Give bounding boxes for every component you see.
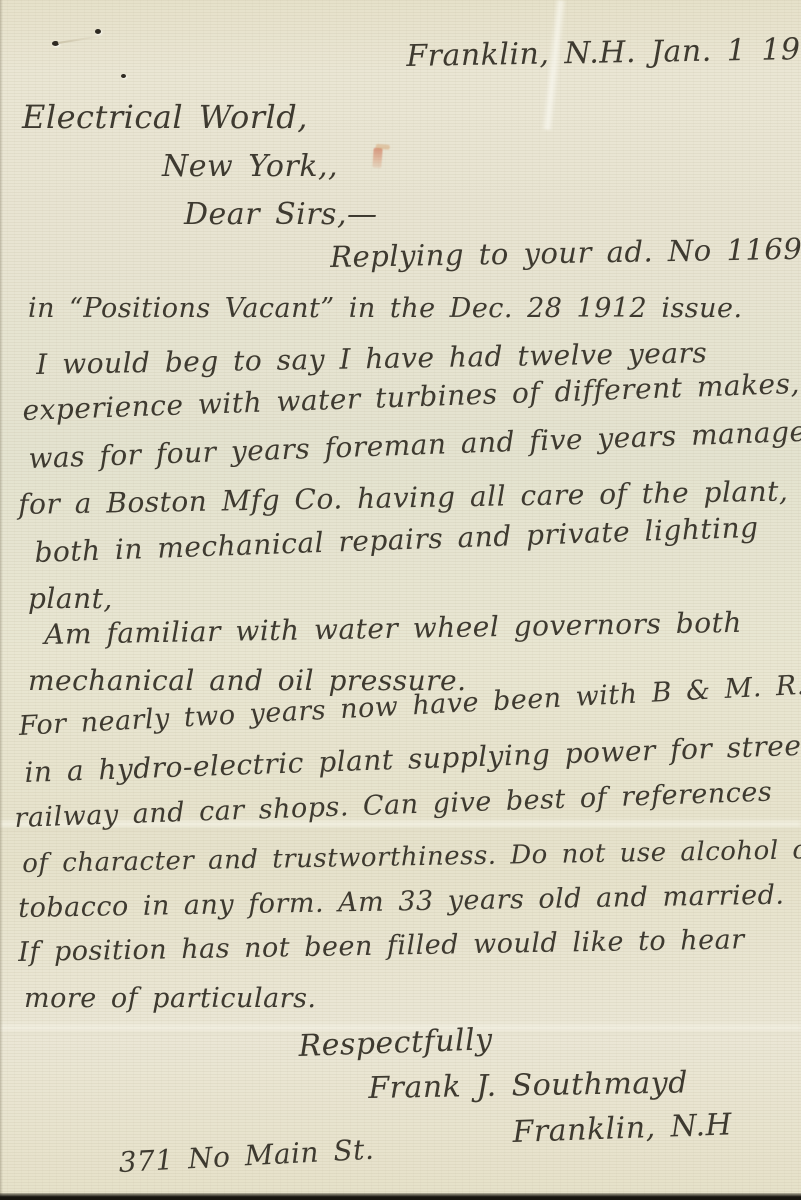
scratch-mark [58, 35, 100, 44]
signature-place: Franklin, N.H [512, 1108, 733, 1149]
body-line: plant, [28, 584, 113, 615]
body-line: Am familiar with water wheel governors b… [44, 608, 742, 651]
body-line: both in mechanical repairs and private l… [34, 513, 759, 569]
pinhole-mark [95, 29, 101, 34]
signature-address: 371 No Main St. [118, 1135, 375, 1179]
letter-closing: Respectfully [298, 1023, 493, 1063]
letter-page: Franklin, N.H. Jan. 1 1913 Electrical Wo… [0, 0, 801, 1200]
paper-bottom-edge [0, 1193, 801, 1200]
red-stain-mark [372, 148, 382, 169]
letter-salutation: Dear Sirs,— [184, 198, 378, 231]
letter-recipient: Electrical World, [22, 100, 308, 135]
body-line: If position has not been filled would li… [18, 925, 745, 967]
body-line: in “Positions Vacant” in the Dec. 28 191… [28, 294, 743, 324]
body-line: Replying to your ad. No 1169 [330, 234, 801, 274]
letter-dateline: Franklin, N.H. Jan. 1 1913 [406, 32, 801, 73]
pinhole-mark [121, 74, 126, 78]
body-line: tobacco in any form. Am 33 years old and… [18, 881, 785, 924]
body-line: of character and trustworthiness. Do not… [22, 836, 801, 879]
body-line: was for four years foreman and five year… [28, 416, 801, 474]
paper-left-edge [0, 0, 3, 1200]
letter-signature: Frank J. Southmayd [368, 1066, 688, 1105]
body-line: railway and car shops. Can give best of … [14, 778, 773, 834]
letter-recipient-city: New York,, [162, 150, 338, 183]
body-line: more of particulars. [24, 984, 317, 1014]
